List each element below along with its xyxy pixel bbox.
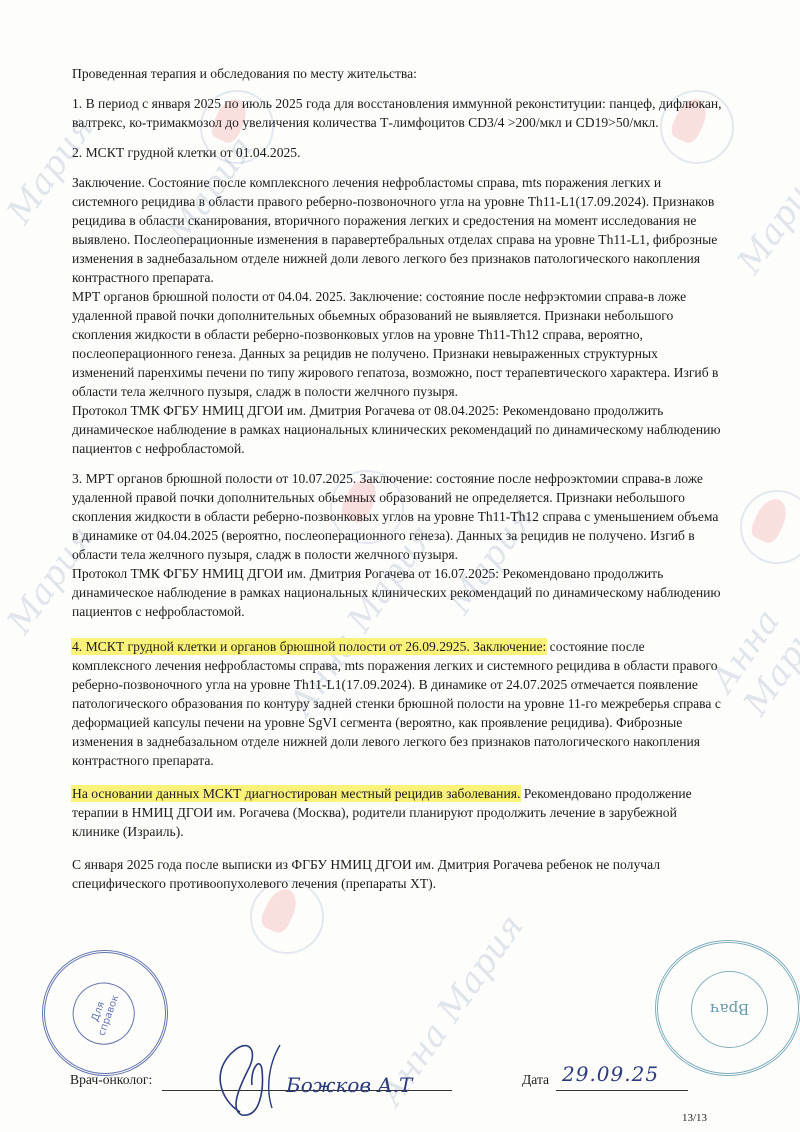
final-note: С января 2025 года после выписки из ФГБУ… — [72, 855, 722, 893]
item-4-mskt: 4. МСКТ грудной клетки и органов брюшной… — [72, 637, 722, 770]
svg-text:Божков А.Т: Божков А.Т — [285, 1073, 414, 1097]
diagnosis-paragraph: На основании данных МСКТ диагностирован … — [72, 784, 722, 841]
item-2-title: 2. МСКТ грудной клетки от 01.04.2025. — [72, 143, 722, 162]
date-line — [556, 1090, 688, 1091]
section-heading: Проведенная терапия и обследования по ме… — [72, 64, 722, 83]
highlighted-text: На основании данных МСКТ диагностирован … — [72, 786, 520, 801]
item-3-mrt: 3. МРТ органов брюшной полости от 10.07.… — [72, 469, 722, 564]
date-label: Дата — [522, 1072, 549, 1088]
item-2-protocol: Протокол ТМК ФГБУ НМИЦ ДГОИ им. Дмитрия … — [72, 401, 722, 458]
document-body: Проведенная терапия и обследования по ме… — [72, 64, 722, 893]
item-2-mrt: МРТ органов брюшной полости от 04.04. 20… — [72, 287, 722, 401]
signature-row: Врач-онколог: Божков А.Т Дата 29.09.25 — [70, 1060, 730, 1100]
watermark-text: Мария — [729, 159, 800, 281]
handwritten-signature-icon: Божков А.Т — [180, 1030, 450, 1120]
item-2-conclusion: Заключение. Состояние после комплексного… — [72, 173, 722, 287]
doctor-label: Врач-онколог: — [70, 1072, 152, 1088]
item-4-text: состояние после комплексного лечения неф… — [72, 639, 721, 768]
official-stamp-right: Врач — [655, 940, 800, 1076]
stamp-center-text: Врач — [691, 971, 768, 1048]
handwritten-date: 29.09.25 — [562, 1062, 659, 1086]
page-number: 13/13 — [682, 1112, 707, 1124]
stamp-center-text: Для справок — [64, 974, 143, 1053]
highlighted-text: 4. МСКТ грудной клетки и органов брюшной… — [72, 639, 546, 654]
watermark-logo-icon — [740, 490, 800, 564]
item-1-therapy: 1. В период с января 2025 по июль 2025 г… — [72, 94, 722, 132]
item-3-protocol: Протокол ТМК ФГБУ НМИЦ ДГОИ им. Дмитрия … — [72, 564, 722, 621]
